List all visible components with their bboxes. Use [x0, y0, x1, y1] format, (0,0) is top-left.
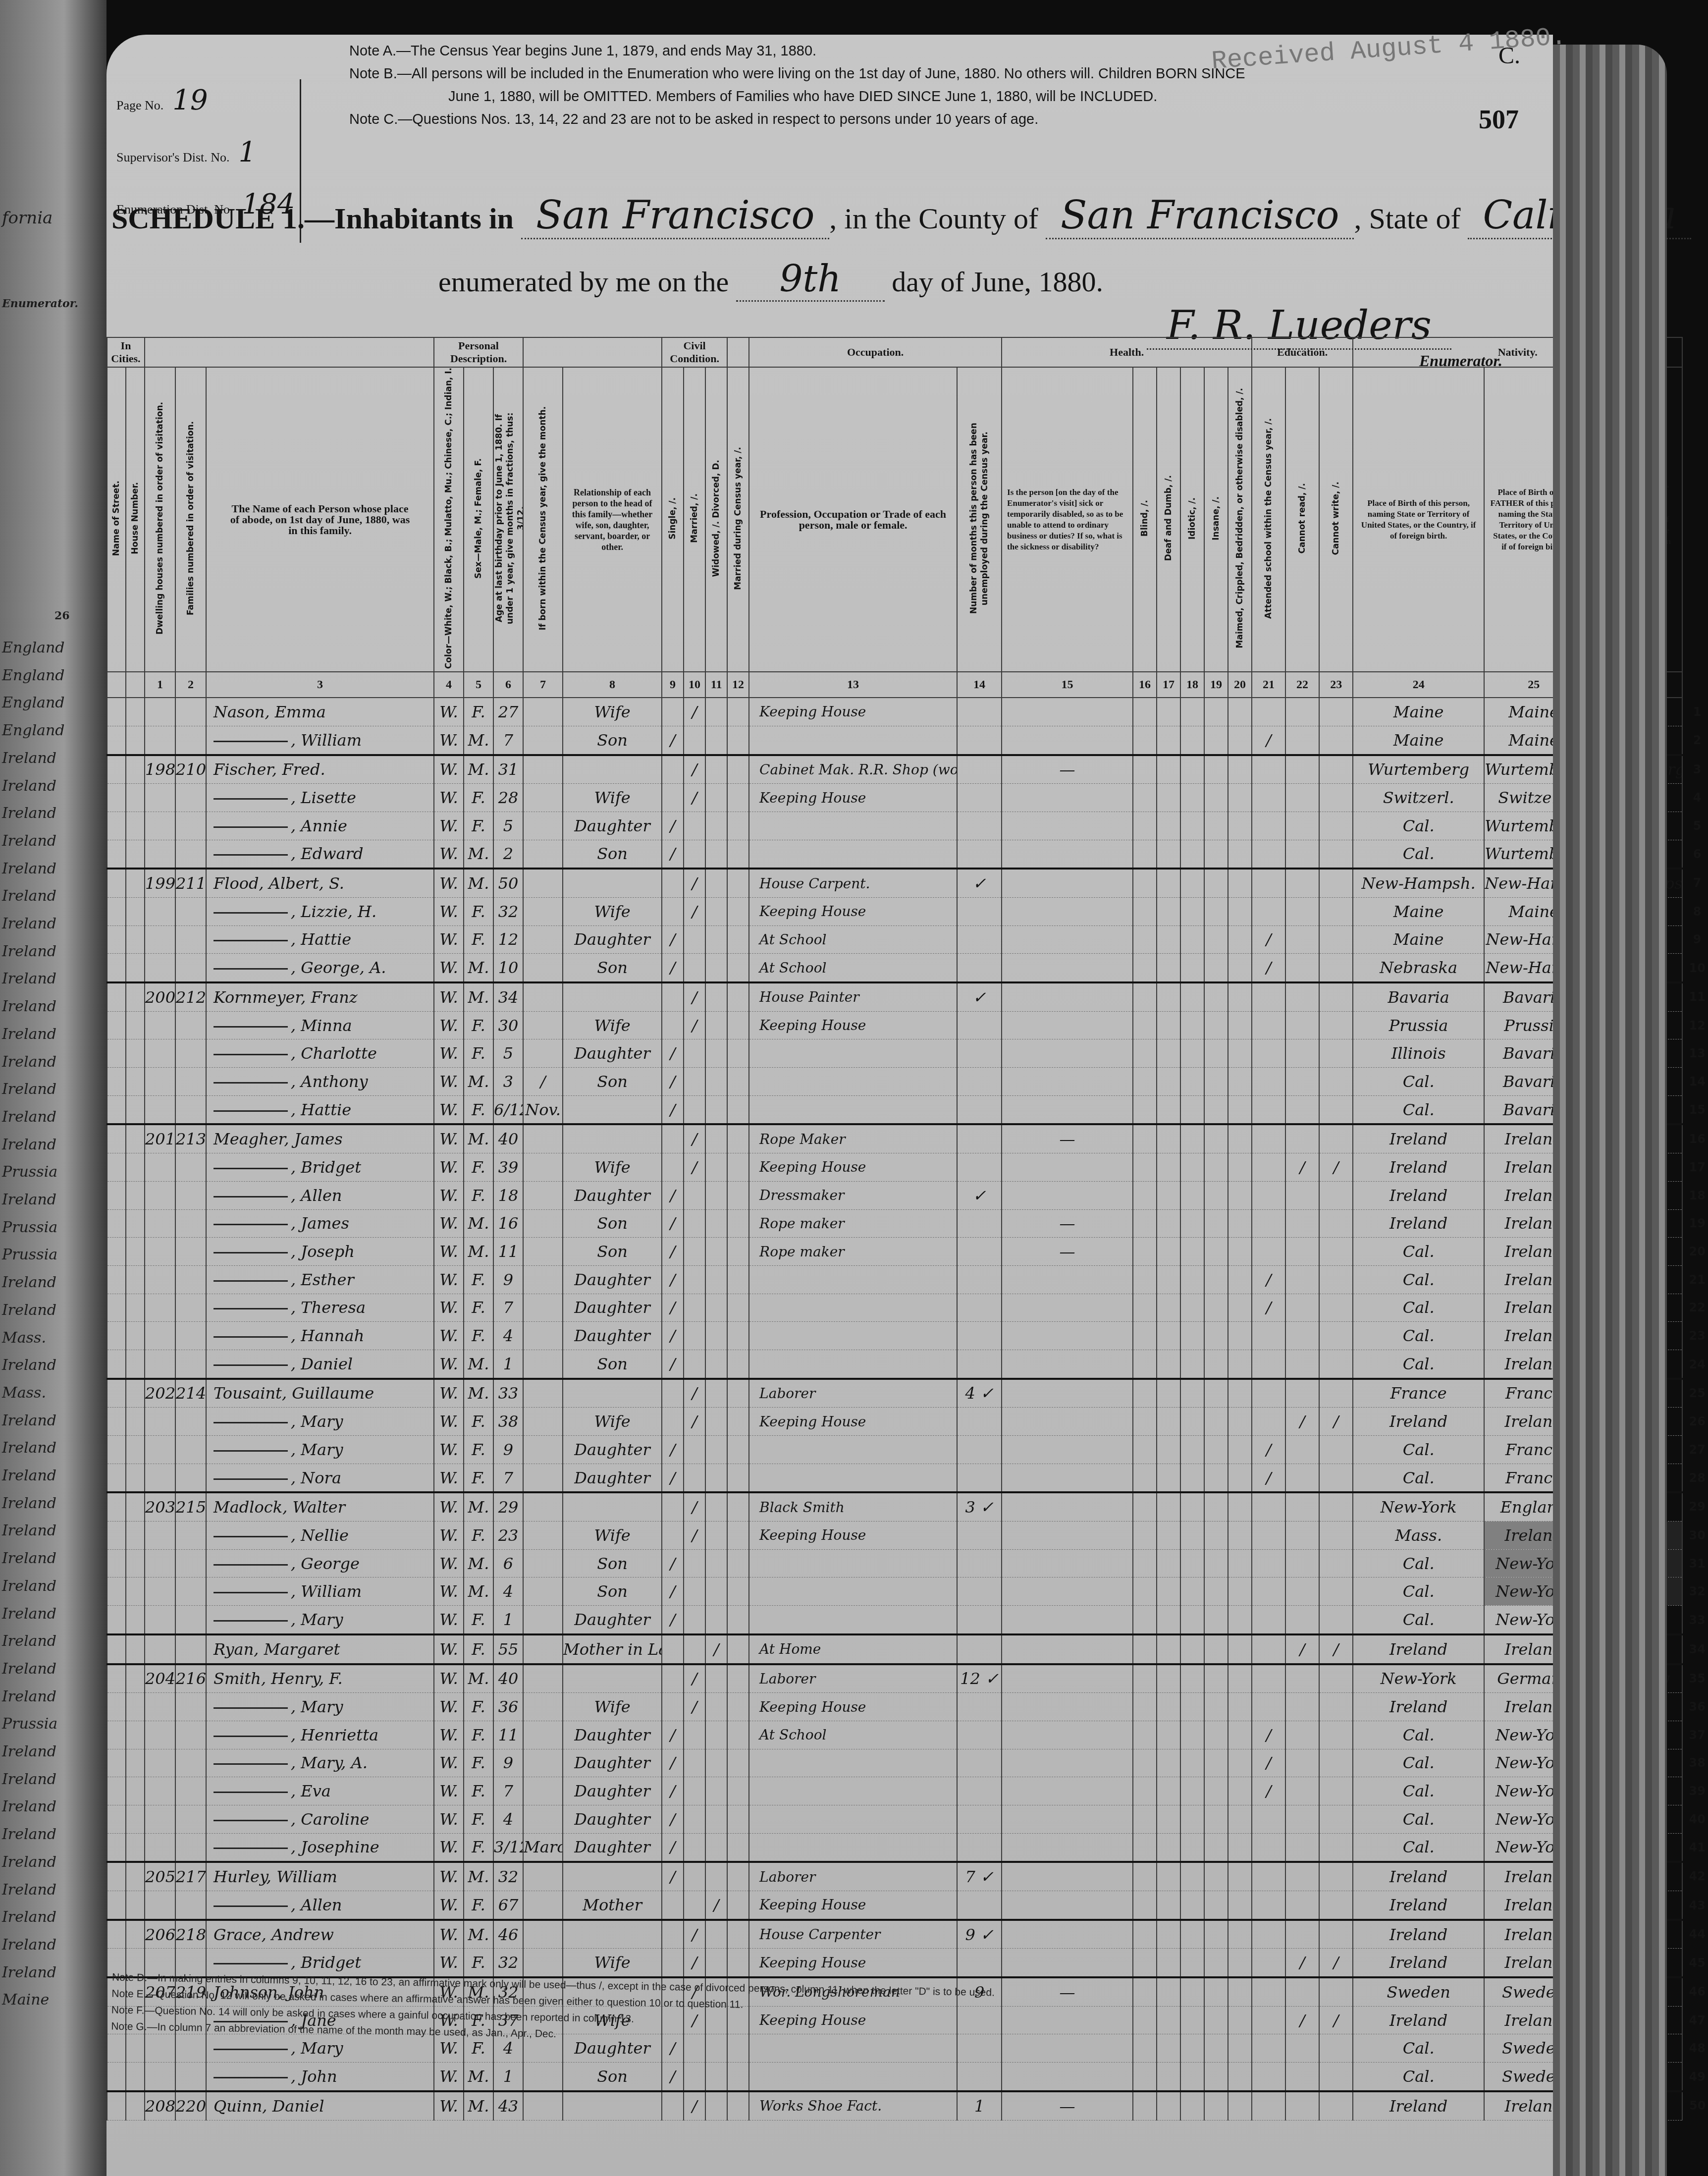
given-name: Edward — [301, 844, 363, 863]
birthplace: New-York — [1353, 1492, 1484, 1521]
age: 39 — [493, 1153, 523, 1182]
relationship: Son — [563, 1549, 662, 1578]
ditto-mark — [213, 1592, 288, 1593]
street-cell — [107, 2091, 126, 2120]
left-page-birthplace-fragment: Ireland — [2, 943, 56, 960]
birthplace: Switzerl. — [1353, 784, 1484, 812]
cannot-read — [1285, 1492, 1319, 1521]
col-1: Dwelling houses numbered in order of vis… — [145, 367, 175, 672]
single-mark: / — [662, 812, 684, 840]
married-census-year — [727, 1749, 749, 1777]
blind — [1133, 1920, 1157, 1949]
street-cell — [107, 1693, 126, 1721]
dwelling-number — [145, 1011, 175, 1039]
widowed-mark — [705, 1492, 727, 1521]
married-census-year — [727, 1011, 749, 1039]
married-census-year — [727, 726, 749, 755]
idiotic — [1180, 1039, 1204, 1068]
left-page-column-number: 26 — [54, 609, 70, 622]
deaf-dumb — [1157, 1693, 1180, 1721]
ditto-comma: , — [291, 2039, 301, 2058]
color: W. — [434, 1209, 464, 1238]
relationship: Son — [563, 1238, 662, 1266]
given-name: William — [276, 1867, 337, 1886]
given-name: James — [301, 1214, 349, 1233]
house-cell — [126, 1777, 145, 1805]
given-name: Charlotte — [301, 1044, 377, 1063]
house-cell — [126, 925, 145, 954]
blind — [1133, 1464, 1157, 1492]
street-cell — [107, 1350, 126, 1378]
dwelling-number — [145, 812, 175, 840]
table-row: , BridgetW.F.39Wife/Keeping House//Irela… — [107, 1153, 1708, 1182]
cannot-read — [1285, 1238, 1319, 1266]
widowed-mark — [705, 982, 727, 1011]
color: W. — [434, 1920, 464, 1949]
widowed-mark — [705, 1181, 727, 1209]
person-name: , Charlotte — [206, 1039, 434, 1068]
sex: F. — [464, 1606, 493, 1634]
family-number — [175, 954, 206, 982]
occupation: House Carpent. — [749, 869, 957, 897]
ditto-mark — [213, 1564, 288, 1566]
disabled — [1228, 2063, 1252, 2091]
attended-school: / — [1252, 726, 1285, 755]
line-number: 27 — [1682, 1436, 1708, 1464]
married-mark — [684, 1350, 705, 1378]
line-number: 7 — [1682, 869, 1708, 897]
table-row: Nason, EmmaW.F.27Wife/Keeping HouseMaine… — [107, 698, 1708, 726]
relationship: Wife — [563, 897, 662, 925]
deaf-dumb — [1157, 1862, 1180, 1891]
cannot-read — [1285, 1920, 1319, 1949]
born-month — [523, 954, 563, 982]
table-row: , EdwardW.M.2Son/Cal.WurtembergSwitzerl.… — [107, 840, 1708, 869]
col-num-10: 10 — [684, 672, 705, 698]
age: 31 — [493, 755, 523, 784]
age: 50 — [493, 869, 523, 897]
birthplace: Cal. — [1353, 2063, 1484, 2091]
ditto-comma: , — [291, 2067, 301, 2086]
table-row: , HattieW.F.6/12Nov./Cal.BavariaPrussia1… — [107, 1095, 1708, 1124]
street-cell — [107, 755, 126, 784]
cannot-read: / — [1285, 1153, 1319, 1182]
line-number: 41 — [1682, 1833, 1708, 1862]
cannot-write — [1319, 1011, 1353, 1039]
attended-school — [1252, 1181, 1285, 1209]
dwelling-number: 200 — [145, 982, 175, 1011]
house-cell — [126, 1436, 145, 1464]
street-cell — [107, 1095, 126, 1124]
widowed-mark — [705, 1805, 727, 1833]
cannot-write — [1319, 954, 1353, 982]
person-name: , Lisette — [206, 784, 434, 812]
idiotic — [1180, 1777, 1204, 1805]
left-page-birthplace-fragment: Ireland — [2, 1660, 56, 1678]
occupation: Keeping House — [749, 784, 957, 812]
cannot-read — [1285, 1522, 1319, 1550]
months-unemployed — [957, 1408, 1002, 1436]
table-row: , GeorgeW.M.6Son/Cal.New-YorkMass.31 — [107, 1549, 1708, 1578]
blind — [1133, 812, 1157, 840]
given-name: Mary — [301, 1697, 343, 1716]
cannot-read — [1285, 840, 1319, 869]
dwelling-number — [145, 1209, 175, 1238]
col-num-22: 22 — [1285, 672, 1319, 698]
attended-school — [1252, 1949, 1285, 1977]
sex: M. — [464, 1862, 493, 1891]
cannot-write — [1319, 2063, 1353, 2091]
person-name: , Theresa — [206, 1294, 434, 1322]
sickness — [1002, 1634, 1133, 1664]
attended-school — [1252, 2063, 1285, 2091]
married-census-year — [727, 812, 749, 840]
sickness — [1002, 1522, 1133, 1550]
occupation — [749, 1549, 957, 1578]
blind — [1133, 1379, 1157, 1408]
attended-school: / — [1252, 1294, 1285, 1322]
age: 38 — [493, 1408, 523, 1436]
col-13: Profession, Occupation or Trade of each … — [749, 367, 957, 672]
occupation — [749, 2063, 957, 2091]
idiotic — [1180, 1153, 1204, 1182]
married-mark — [684, 1068, 705, 1096]
line-number: 9 — [1682, 925, 1708, 954]
given-name: Hannah — [301, 1326, 364, 1345]
attended-school: / — [1252, 1265, 1285, 1294]
single-mark — [662, 1634, 684, 1664]
house-cell — [126, 2091, 145, 2120]
sex: F. — [464, 1181, 493, 1209]
col-9: Single, /. — [662, 367, 684, 672]
color: W. — [434, 1833, 464, 1862]
attended-school — [1252, 897, 1285, 925]
line-number: 1 — [1682, 698, 1708, 726]
group-occupation: Occupation. — [749, 337, 1002, 367]
insane — [1204, 1492, 1228, 1521]
blind — [1133, 784, 1157, 812]
house-cell — [126, 698, 145, 726]
left-page-birthplace-fragment: Ireland — [2, 1605, 56, 1623]
sickness: — — [1002, 755, 1133, 784]
person-name: , Mary — [206, 1606, 434, 1634]
disabled — [1228, 755, 1252, 784]
col-6-label: Age at last birthday prior to June 1, 18… — [494, 402, 523, 635]
line-number: 26 — [1682, 1408, 1708, 1436]
given-name: John — [301, 2067, 337, 2086]
schedule-title-line: SCHEDULE 1.—Inhabitants in San Francisco… — [111, 193, 1691, 239]
enumerated-day: 9th — [736, 258, 885, 302]
deaf-dumb — [1157, 1181, 1180, 1209]
born-month — [523, 2091, 563, 2120]
col-num-15: 15 — [1002, 672, 1133, 698]
table-row: 200212Kornmeyer, FranzW.M.34/House Paint… — [107, 982, 1708, 1011]
disabled — [1228, 1209, 1252, 1238]
family-number — [175, 784, 206, 812]
given-name: Nora — [301, 1469, 341, 1487]
col-19: Insane, /. — [1204, 367, 1228, 672]
married-census-year — [727, 784, 749, 812]
surname: Ryan, — [213, 1640, 264, 1659]
cannot-read — [1285, 1664, 1319, 1693]
sex: F. — [464, 1095, 493, 1124]
line-number: 2 — [1682, 726, 1708, 755]
occupation — [749, 1322, 957, 1350]
idiotic — [1180, 812, 1204, 840]
dwelling-number: 208 — [145, 2091, 175, 2120]
insane — [1204, 1408, 1228, 1436]
months-unemployed — [957, 1634, 1002, 1664]
color: W. — [434, 1606, 464, 1634]
sickness — [1002, 1949, 1133, 1977]
insane — [1204, 1949, 1228, 1977]
sex: M. — [464, 954, 493, 982]
table-row: 205217Hurley, WilliamW.M.32/Laborer7 ✓Ir… — [107, 1862, 1708, 1891]
sickness — [1002, 1379, 1133, 1408]
idiotic — [1180, 1124, 1204, 1153]
attended-school — [1252, 1408, 1285, 1436]
left-page-birthplace-fragment: Ireland — [2, 860, 56, 877]
married-mark — [684, 1294, 705, 1322]
sex: F. — [464, 1464, 493, 1492]
cannot-read — [1285, 925, 1319, 954]
months-unemployed — [957, 1436, 1002, 1464]
sex: M. — [464, 1350, 493, 1378]
disabled — [1228, 2091, 1252, 2120]
born-month: March — [523, 1833, 563, 1862]
family-number — [175, 1833, 206, 1862]
sickness: — — [1002, 2091, 1133, 2120]
sex: M. — [464, 1209, 493, 1238]
single-mark: / — [662, 1606, 684, 1634]
dwelling-number — [145, 1322, 175, 1350]
age: 7 — [493, 726, 523, 755]
disabled — [1228, 1181, 1252, 1209]
surname: Madlock, — [213, 1498, 292, 1517]
family-number — [175, 1209, 206, 1238]
house-cell — [126, 755, 145, 784]
widowed-mark: / — [705, 1634, 727, 1664]
cannot-write — [1319, 726, 1353, 755]
married-census-year — [727, 1068, 749, 1096]
age: 3/12 — [493, 1833, 523, 1862]
age: 43 — [493, 2091, 523, 2120]
disabled — [1228, 1522, 1252, 1550]
married-census-year — [727, 698, 749, 726]
attended-school — [1252, 698, 1285, 726]
born-month — [523, 1436, 563, 1464]
color: W. — [434, 784, 464, 812]
house-cell — [126, 897, 145, 925]
table-row: , JamesW.M.16Son/Rope maker—IrelandIrela… — [107, 1209, 1708, 1238]
widowed-mark — [705, 1578, 727, 1606]
deaf-dumb — [1157, 1749, 1180, 1777]
age: 40 — [493, 1124, 523, 1153]
idiotic — [1180, 1238, 1204, 1266]
idiotic — [1180, 982, 1204, 1011]
house-cell — [126, 812, 145, 840]
left-page-birthplace-fragment: Ireland — [2, 1771, 56, 1788]
born-month — [523, 1011, 563, 1039]
attended-school: / — [1252, 1721, 1285, 1749]
disabled — [1228, 2006, 1252, 2034]
col-17: Deaf and Dumb, /. — [1157, 367, 1180, 672]
cannot-write — [1319, 2034, 1353, 2063]
occupation — [749, 1265, 957, 1294]
ditto-mark — [213, 1336, 288, 1338]
attended-school — [1252, 1977, 1285, 2006]
age: 1 — [493, 1350, 523, 1378]
widowed-mark — [705, 1039, 727, 1068]
relationship: Daughter — [563, 1181, 662, 1209]
born-month — [523, 698, 563, 726]
column-description-row: Name of Street. House Number. Dwelling h… — [107, 367, 1708, 672]
blind — [1133, 1492, 1157, 1521]
surname: Tousaint, — [213, 1384, 292, 1403]
born-month — [523, 1124, 563, 1153]
ditto-comma: , — [291, 1242, 301, 1261]
given-name: Eva — [301, 1782, 331, 1800]
idiotic — [1180, 2034, 1204, 2063]
birthplace: Cal. — [1353, 1294, 1484, 1322]
relationship: Son — [563, 954, 662, 982]
line-number: 15 — [1682, 1095, 1708, 1124]
born-month — [523, 784, 563, 812]
cannot-write — [1319, 1068, 1353, 1096]
sickness — [1002, 2063, 1133, 2091]
blind — [1133, 1549, 1157, 1578]
born-month: Nov. — [523, 1095, 563, 1124]
married-mark: / — [684, 755, 705, 784]
supervisor-district-field: Supervisor's Dist. No.1 — [116, 136, 256, 168]
col-num-18: 18 — [1180, 672, 1204, 698]
idiotic — [1180, 1322, 1204, 1350]
col-num-8: 8 — [563, 672, 662, 698]
deaf-dumb — [1157, 1294, 1180, 1322]
disabled — [1228, 1238, 1252, 1266]
street-cell — [107, 1181, 126, 1209]
line-number: 36 — [1682, 1693, 1708, 1721]
ditto-mark — [213, 1536, 288, 1537]
street-cell — [107, 1891, 126, 1920]
married-mark: / — [684, 1949, 705, 1977]
person-name: , Josephine — [206, 1833, 434, 1862]
color: W. — [434, 1578, 464, 1606]
sickness: — — [1002, 1209, 1133, 1238]
insane — [1204, 2063, 1228, 2091]
dwelling-number — [145, 1549, 175, 1578]
disabled — [1228, 1664, 1252, 1693]
ditto-comma: , — [291, 1554, 301, 1573]
blind — [1133, 698, 1157, 726]
left-page-birthplace-fragment: Ireland — [2, 1467, 56, 1484]
age: 6 — [493, 1549, 523, 1578]
birthplace: Ireland — [1353, 2006, 1484, 2034]
cannot-write — [1319, 897, 1353, 925]
ditto-mark — [213, 1026, 288, 1028]
occupation: House Painter — [749, 982, 957, 1011]
cannot-write — [1319, 1039, 1353, 1068]
given-name: Joseph — [301, 1242, 355, 1261]
widowed-mark — [705, 1379, 727, 1408]
line-number: 34 — [1682, 1634, 1708, 1664]
sickness — [1002, 1408, 1133, 1436]
cannot-read — [1285, 1549, 1319, 1578]
sex: F. — [464, 1408, 493, 1436]
widowed-mark — [705, 1862, 727, 1891]
col-num-19: 19 — [1204, 672, 1228, 698]
attended-school — [1252, 1920, 1285, 1949]
widowed-mark — [705, 1322, 727, 1350]
widowed-mark — [705, 784, 727, 812]
attended-school — [1252, 1350, 1285, 1378]
cannot-read — [1285, 1350, 1319, 1378]
relationship — [563, 1664, 662, 1693]
age: 33 — [493, 1379, 523, 1408]
occupation — [749, 1833, 957, 1862]
blind — [1133, 1805, 1157, 1833]
married-mark: / — [684, 784, 705, 812]
col-num-11: 11 — [705, 672, 727, 698]
person-name: Nason, Emma — [206, 698, 434, 726]
given-name: Andrew — [271, 1925, 334, 1944]
cannot-read — [1285, 726, 1319, 755]
sex: F. — [464, 784, 493, 812]
occupation — [749, 840, 957, 869]
occupation — [749, 1606, 957, 1634]
family-number — [175, 840, 206, 869]
left-page-birthplace-fragment: Ireland — [2, 1108, 56, 1126]
cannot-read — [1285, 954, 1319, 982]
person-name: Madlock, Walter — [206, 1492, 434, 1521]
occupation: House Carpenter — [749, 1920, 957, 1949]
cannot-read — [1285, 1436, 1319, 1464]
ditto-comma: , — [291, 788, 301, 807]
born-month — [523, 925, 563, 954]
given-name: Franz — [311, 988, 358, 1007]
cannot-write — [1319, 1379, 1353, 1408]
relationship: Daughter — [563, 812, 662, 840]
married-census-year — [727, 1492, 749, 1521]
street-cell — [107, 1464, 126, 1492]
months-unemployed — [957, 954, 1002, 982]
given-name: William — [301, 731, 362, 750]
line-number: 17 — [1682, 1153, 1708, 1182]
line-number: 50 — [1682, 2091, 1708, 2120]
born-month — [523, 1492, 563, 1521]
cannot-read — [1285, 1977, 1319, 2006]
cannot-read — [1285, 1749, 1319, 1777]
insane — [1204, 1977, 1228, 2006]
attended-school — [1252, 1805, 1285, 1833]
family-number — [175, 1578, 206, 1606]
deaf-dumb — [1157, 1634, 1180, 1664]
sickness — [1002, 1805, 1133, 1833]
person-name: Grace, Andrew — [206, 1920, 434, 1949]
relationship: Daughter — [563, 1721, 662, 1749]
single-mark: / — [662, 1805, 684, 1833]
table-row: 206218Grace, AndrewW.M.46/House Carpente… — [107, 1920, 1708, 1949]
person-name: , Mary — [206, 1408, 434, 1436]
given-name: Hattie — [301, 930, 351, 949]
table-row: , MaryW.F.36Wife/Keeping HouseIrelandIre… — [107, 1693, 1708, 1721]
line-number: 8 — [1682, 897, 1708, 925]
street-cell — [107, 1436, 126, 1464]
birthplace: Wurtemberg — [1353, 755, 1484, 784]
blind — [1133, 1095, 1157, 1124]
dwelling-number — [145, 1522, 175, 1550]
left-page-birthplace-fragment: Ireland — [2, 1688, 56, 1705]
